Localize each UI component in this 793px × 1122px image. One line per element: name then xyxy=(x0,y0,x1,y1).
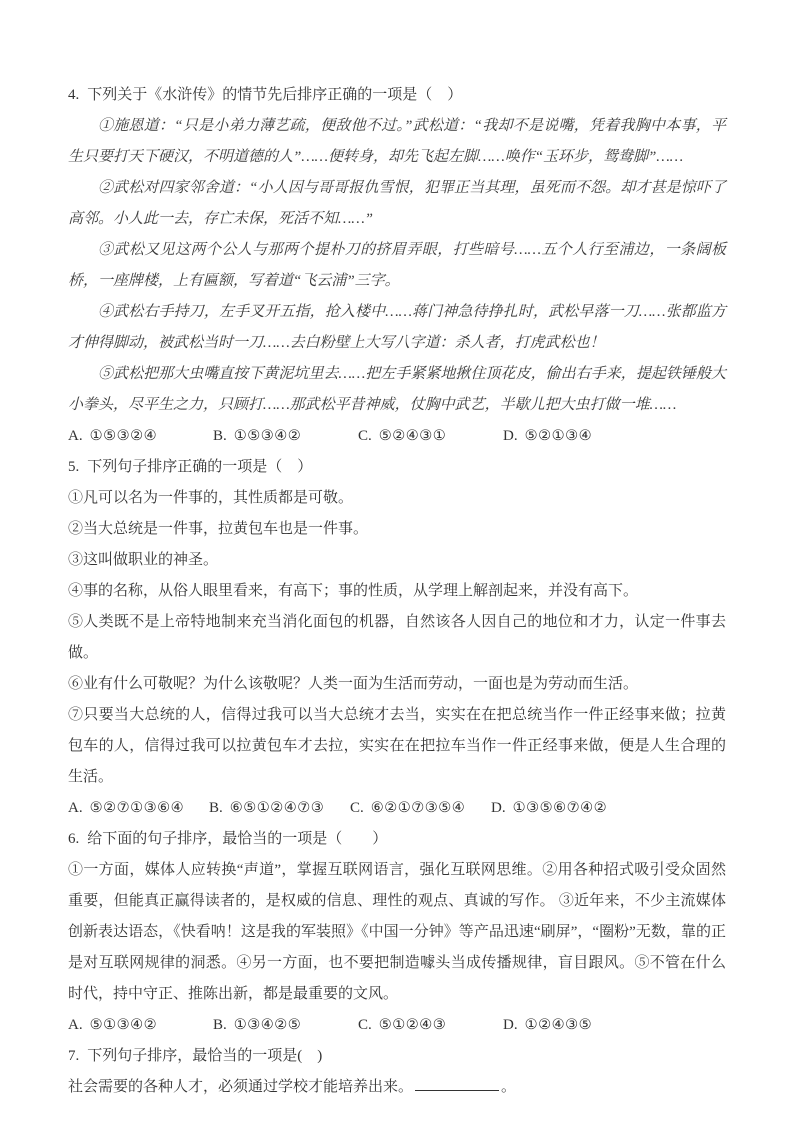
question-5-option-c: C.⑥②①⑦③⑤④ xyxy=(350,793,491,824)
question-5-sentence-5: ⑤人类既不是上帝特地制来充当消化面包的机器，自然该各人因自己的地位和才力，认定一… xyxy=(68,607,726,669)
option-value: ①⑤③②④ xyxy=(90,428,158,444)
option-value: ⑥⑤①②④⑦③ xyxy=(230,800,325,816)
question-7-stem: 下列句子排序，最恰当的一项是( ) xyxy=(87,1048,322,1064)
question-5-sentence-4: ④事的名称，从俗人眼里看来，有高下；事的性质，从学理上解剖起来，并没有高下。 xyxy=(68,576,726,607)
question-5-sentence-6: ⑥业有什么可敬呢？为什么该敬呢？人类一面为生活而劳动，一面也是为劳动而生活。 xyxy=(68,669,726,700)
question-6-option-b: B.①③④②⑤ xyxy=(213,1010,358,1041)
option-label: A. xyxy=(68,428,83,444)
option-value: ⑤①③④② xyxy=(90,1017,158,1033)
option-value: ⑤②⑦①③⑥④ xyxy=(90,800,185,816)
answer-blank xyxy=(415,1077,499,1091)
question-5-option-a: A.⑤②⑦①③⑥④ xyxy=(68,793,209,824)
question-6: 6.给下面的句子排序，最恰当的一项是（ ） ①一方面，媒体人应转换“声道”，掌握… xyxy=(68,824,726,1041)
question-4-number: 4. xyxy=(68,87,79,103)
question-4-paragraph-1: ①施恩道：“只是小弟力薄艺疏，便敌他不过。”武松道：“我却不是说嘴，凭着我胸中本… xyxy=(68,111,726,173)
question-7: 7.下列句子排序，最恰当的一项是( ) 社会需要的各种人才，必须通过学校才能培养… xyxy=(68,1041,726,1103)
question-4-paragraph-5: ⑤武松把那大虫嘴直按下黄泥坑里去……把左手紧紧地揪住顶花皮，偷出右手来，提起铁锤… xyxy=(68,359,726,421)
option-label: C. xyxy=(350,800,364,816)
question-5-stem: 下列句子排序正确的一项是（ ） xyxy=(87,459,312,475)
question-4-paragraph-2: ②武松对四家邻舍道：“小人因与哥哥报仇雪恨，犯罪正当其理，虽死而不怨。却才甚是惊… xyxy=(68,173,726,235)
option-label: D. xyxy=(503,1017,518,1033)
question-6-options-row: A.⑤①③④② B.①③④②⑤ C.⑤①②④③ D.①②④③⑤ xyxy=(68,1010,726,1041)
question-5-options-row: A.⑤②⑦①③⑥④ B.⑥⑤①②④⑦③ C.⑥②①⑦③⑤④ D.①③⑤⑥⑦④② xyxy=(68,793,726,824)
option-value: ①③④②⑤ xyxy=(234,1017,302,1033)
question-6-stem-line: 6.给下面的句子排序，最恰当的一项是（ ） xyxy=(68,824,726,855)
question-5-sentence-1: ①凡可以名为一件事的，其性质都是可敬。 xyxy=(68,483,726,514)
question-7-stem-line: 7.下列句子排序，最恰当的一项是( ) xyxy=(68,1041,726,1072)
question-4-option-b: B.①⑤③④② xyxy=(213,421,358,452)
option-label: A. xyxy=(68,1017,83,1033)
question-4: 4.下列关于《水浒传》的情节先后排序正确的一项是（ ） ①施恩道：“只是小弟力薄… xyxy=(68,80,726,452)
question-6-option-a: A.⑤①③④② xyxy=(68,1010,213,1041)
question-7-number: 7. xyxy=(68,1048,79,1064)
option-label: C. xyxy=(358,1017,372,1033)
question-5-number: 5. xyxy=(68,459,79,475)
option-value: ⑤①②④③ xyxy=(379,1017,447,1033)
question-6-number: 6. xyxy=(68,831,79,847)
question-4-option-c: C.⑤②④③① xyxy=(358,421,503,452)
option-value: ⑥②①⑦③⑤④ xyxy=(371,800,466,816)
question-4-option-a: A.①⑤③②④ xyxy=(68,421,213,452)
question-5-sentence-2: ②当大总统是一件事，拉黄包车也是一件事。 xyxy=(68,514,726,545)
option-label: D. xyxy=(491,800,506,816)
question-4-stem: 下列关于《水浒传》的情节先后排序正确的一项是（ ） xyxy=(87,87,462,103)
question-4-stem-line: 4.下列关于《水浒传》的情节先后排序正确的一项是（ ） xyxy=(68,80,726,111)
question-5-option-d: D.①③⑤⑥⑦④② xyxy=(491,793,632,824)
option-label: B. xyxy=(213,428,227,444)
option-label: D. xyxy=(503,428,518,444)
question-5-option-b: B.⑥⑤①②④⑦③ xyxy=(209,793,350,824)
question-4-option-d: D.⑤②①③④ xyxy=(503,421,648,452)
question-4-paragraph-4: ④武松右手持刀，左手叉开五指，抢入楼中……蒋门神急待挣扎时，武松早落一刀……张都… xyxy=(68,297,726,359)
question-6-stem: 给下面的句子排序，最恰当的一项是（ ） xyxy=(87,831,387,847)
question-7-lead: 社会需要的各种人才，必须通过学校才能培养出来。 xyxy=(68,1079,413,1095)
question-5: 5.下列句子排序正确的一项是（ ） ①凡可以名为一件事的，其性质都是可敬。 ②当… xyxy=(68,452,726,824)
option-value: ⑤②①③④ xyxy=(525,428,593,444)
option-value: ⑤②④③① xyxy=(379,428,447,444)
option-value: ①②④③⑤ xyxy=(525,1017,593,1033)
question-7-tail: 。 xyxy=(501,1079,516,1095)
question-4-options-row: A.①⑤③②④ B.①⑤③④② C.⑤②④③① D.⑤②①③④ xyxy=(68,421,726,452)
option-label: B. xyxy=(213,1017,227,1033)
question-5-sentence-3: ③这叫做职业的神圣。 xyxy=(68,545,726,576)
option-label: A. xyxy=(68,800,83,816)
question-6-option-c: C.⑤①②④③ xyxy=(358,1010,503,1041)
option-value: ①③⑤⑥⑦④② xyxy=(513,800,608,816)
option-label: B. xyxy=(209,800,223,816)
question-7-lead-line: 社会需要的各种人才，必须通过学校才能培养出来。。 xyxy=(68,1072,726,1103)
question-6-option-d: D.①②④③⑤ xyxy=(503,1010,648,1041)
question-5-sentence-7: ⑦只要当大总统的人，信得过我可以当大总统才去当，实实在在把总统当作一件正经事来做… xyxy=(68,700,726,793)
document-page: 4.下列关于《水浒传》的情节先后排序正确的一项是（ ） ①施恩道：“只是小弟力薄… xyxy=(0,0,793,1122)
option-value: ①⑤③④② xyxy=(234,428,302,444)
question-4-paragraph-3: ③武松又见这两个公人与那两个提朴刀的挤眉弄眼，打些暗号……五个人行至浦边，一条阔… xyxy=(68,235,726,297)
option-label: C. xyxy=(358,428,372,444)
question-6-body: ①一方面，媒体人应转换“声道”，掌握互联网语言，强化互联网思维。②用各种招式吸引… xyxy=(68,855,726,1010)
question-5-stem-line: 5.下列句子排序正确的一项是（ ） xyxy=(68,452,726,483)
